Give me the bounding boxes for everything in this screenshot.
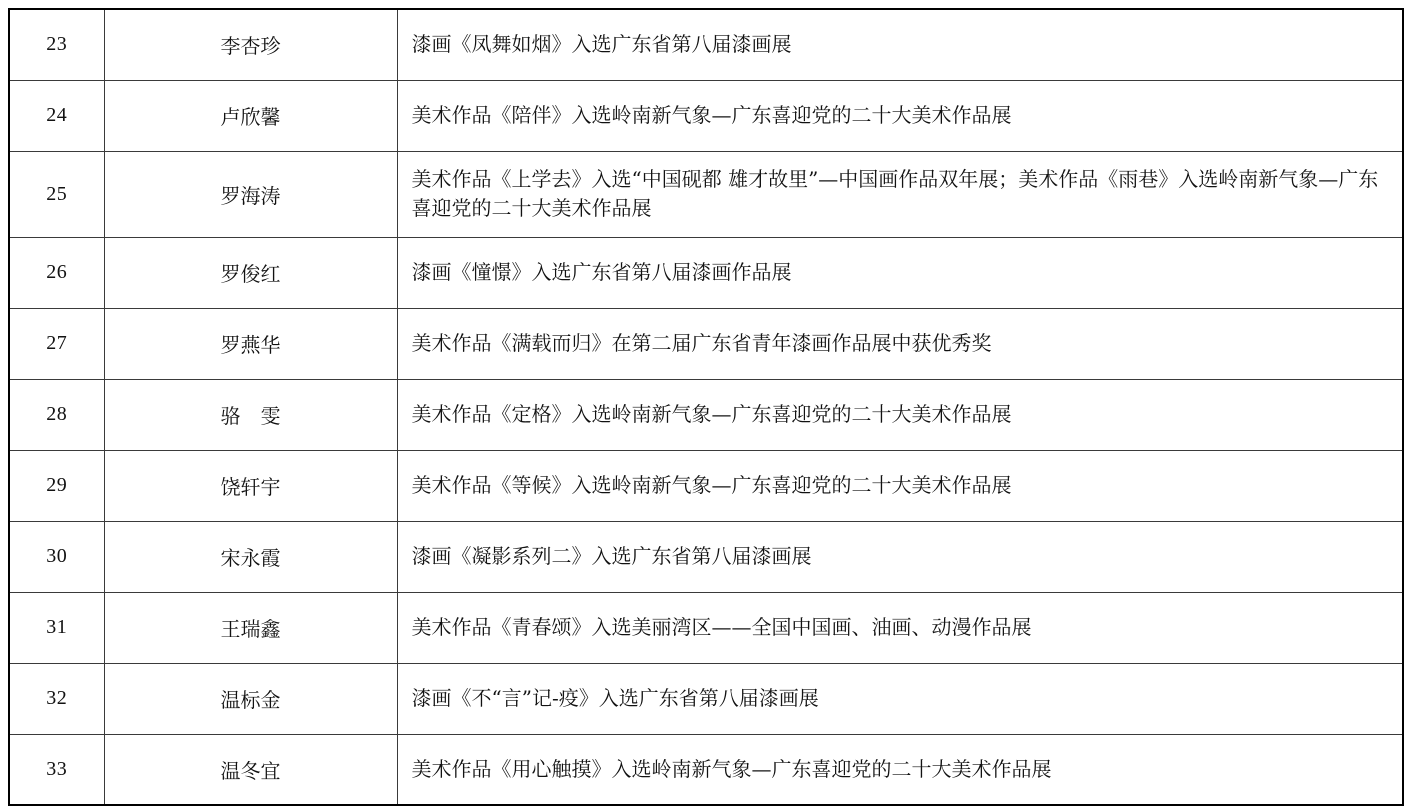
name-cell: 温标金 — [104, 663, 397, 734]
achievement-cell: 美术作品《满载而归》在第二届广东省青年漆画作品展中获优秀奖 — [397, 308, 1403, 379]
name-cell: 骆 雯 — [104, 379, 397, 450]
achievement-cell: 美术作品《用心触摸》入选岭南新气象—广东喜迎党的二十大美术作品展 — [397, 734, 1403, 805]
name-cell: 温冬宜 — [104, 734, 397, 805]
document-page: 23 李杏珍 漆画《凤舞如烟》入选广东省第八届漆画展 24 卢欣馨 美术作品《陪… — [0, 0, 1415, 812]
row-number-cell: 23 — [9, 9, 104, 80]
table-row: 32 温标金 漆画《不“言”记-疫》入选广东省第八届漆画展 — [9, 663, 1403, 734]
table-row: 29 饶轩宇 美术作品《等候》入选岭南新气象—广东喜迎党的二十大美术作品展 — [9, 450, 1403, 521]
row-number-cell: 24 — [9, 80, 104, 151]
row-number-cell: 32 — [9, 663, 104, 734]
name-cell: 饶轩宇 — [104, 450, 397, 521]
name-cell: 罗俊红 — [104, 237, 397, 308]
table-row: 24 卢欣馨 美术作品《陪伴》入选岭南新气象—广东喜迎党的二十大美术作品展 — [9, 80, 1403, 151]
table-row: 30 宋永霞 漆画《凝影系列二》入选广东省第八届漆画展 — [9, 521, 1403, 592]
name-cell: 卢欣馨 — [104, 80, 397, 151]
achievement-cell: 漆画《凤舞如烟》入选广东省第八届漆画展 — [397, 9, 1403, 80]
achievement-cell: 漆画《不“言”记-疫》入选广东省第八届漆画展 — [397, 663, 1403, 734]
row-number-cell: 31 — [9, 592, 104, 663]
name-cell: 李杏珍 — [104, 9, 397, 80]
table-row: 23 李杏珍 漆画《凤舞如烟》入选广东省第八届漆画展 — [9, 9, 1403, 80]
achievement-cell: 漆画《憧憬》入选广东省第八届漆画作品展 — [397, 237, 1403, 308]
row-number-cell: 29 — [9, 450, 104, 521]
table-row: 26 罗俊红 漆画《憧憬》入选广东省第八届漆画作品展 — [9, 237, 1403, 308]
table-row: 27 罗燕华 美术作品《满载而归》在第二届广东省青年漆画作品展中获优秀奖 — [9, 308, 1403, 379]
achievement-cell: 美术作品《等候》入选岭南新气象—广东喜迎党的二十大美术作品展 — [397, 450, 1403, 521]
awards-table: 23 李杏珍 漆画《凤舞如烟》入选广东省第八届漆画展 24 卢欣馨 美术作品《陪… — [8, 8, 1404, 806]
row-number-cell: 27 — [9, 308, 104, 379]
row-number-cell: 30 — [9, 521, 104, 592]
table-row: 25 罗海涛 美术作品《上学去》入选“中国砚都 雄才故里”—中国画作品双年展；美… — [9, 151, 1403, 237]
table-row: 33 温冬宜 美术作品《用心触摸》入选岭南新气象—广东喜迎党的二十大美术作品展 — [9, 734, 1403, 805]
name-cell: 王瑞鑫 — [104, 592, 397, 663]
achievement-cell: 美术作品《定格》入选岭南新气象—广东喜迎党的二十大美术作品展 — [397, 379, 1403, 450]
name-cell: 罗燕华 — [104, 308, 397, 379]
achievement-cell: 美术作品《上学去》入选“中国砚都 雄才故里”—中国画作品双年展；美术作品《雨巷》… — [397, 151, 1403, 237]
row-number-cell: 26 — [9, 237, 104, 308]
achievement-cell: 美术作品《青春颂》入选美丽湾区——全国中国画、油画、动漫作品展 — [397, 592, 1403, 663]
name-cell: 罗海涛 — [104, 151, 397, 237]
row-number-cell: 28 — [9, 379, 104, 450]
row-number-cell: 33 — [9, 734, 104, 805]
name-cell: 宋永霞 — [104, 521, 397, 592]
achievement-cell: 漆画《凝影系列二》入选广东省第八届漆画展 — [397, 521, 1403, 592]
achievement-cell: 美术作品《陪伴》入选岭南新气象—广东喜迎党的二十大美术作品展 — [397, 80, 1403, 151]
table-row: 31 王瑞鑫 美术作品《青春颂》入选美丽湾区——全国中国画、油画、动漫作品展 — [9, 592, 1403, 663]
row-number-cell: 25 — [9, 151, 104, 237]
table-row: 28 骆 雯 美术作品《定格》入选岭南新气象—广东喜迎党的二十大美术作品展 — [9, 379, 1403, 450]
